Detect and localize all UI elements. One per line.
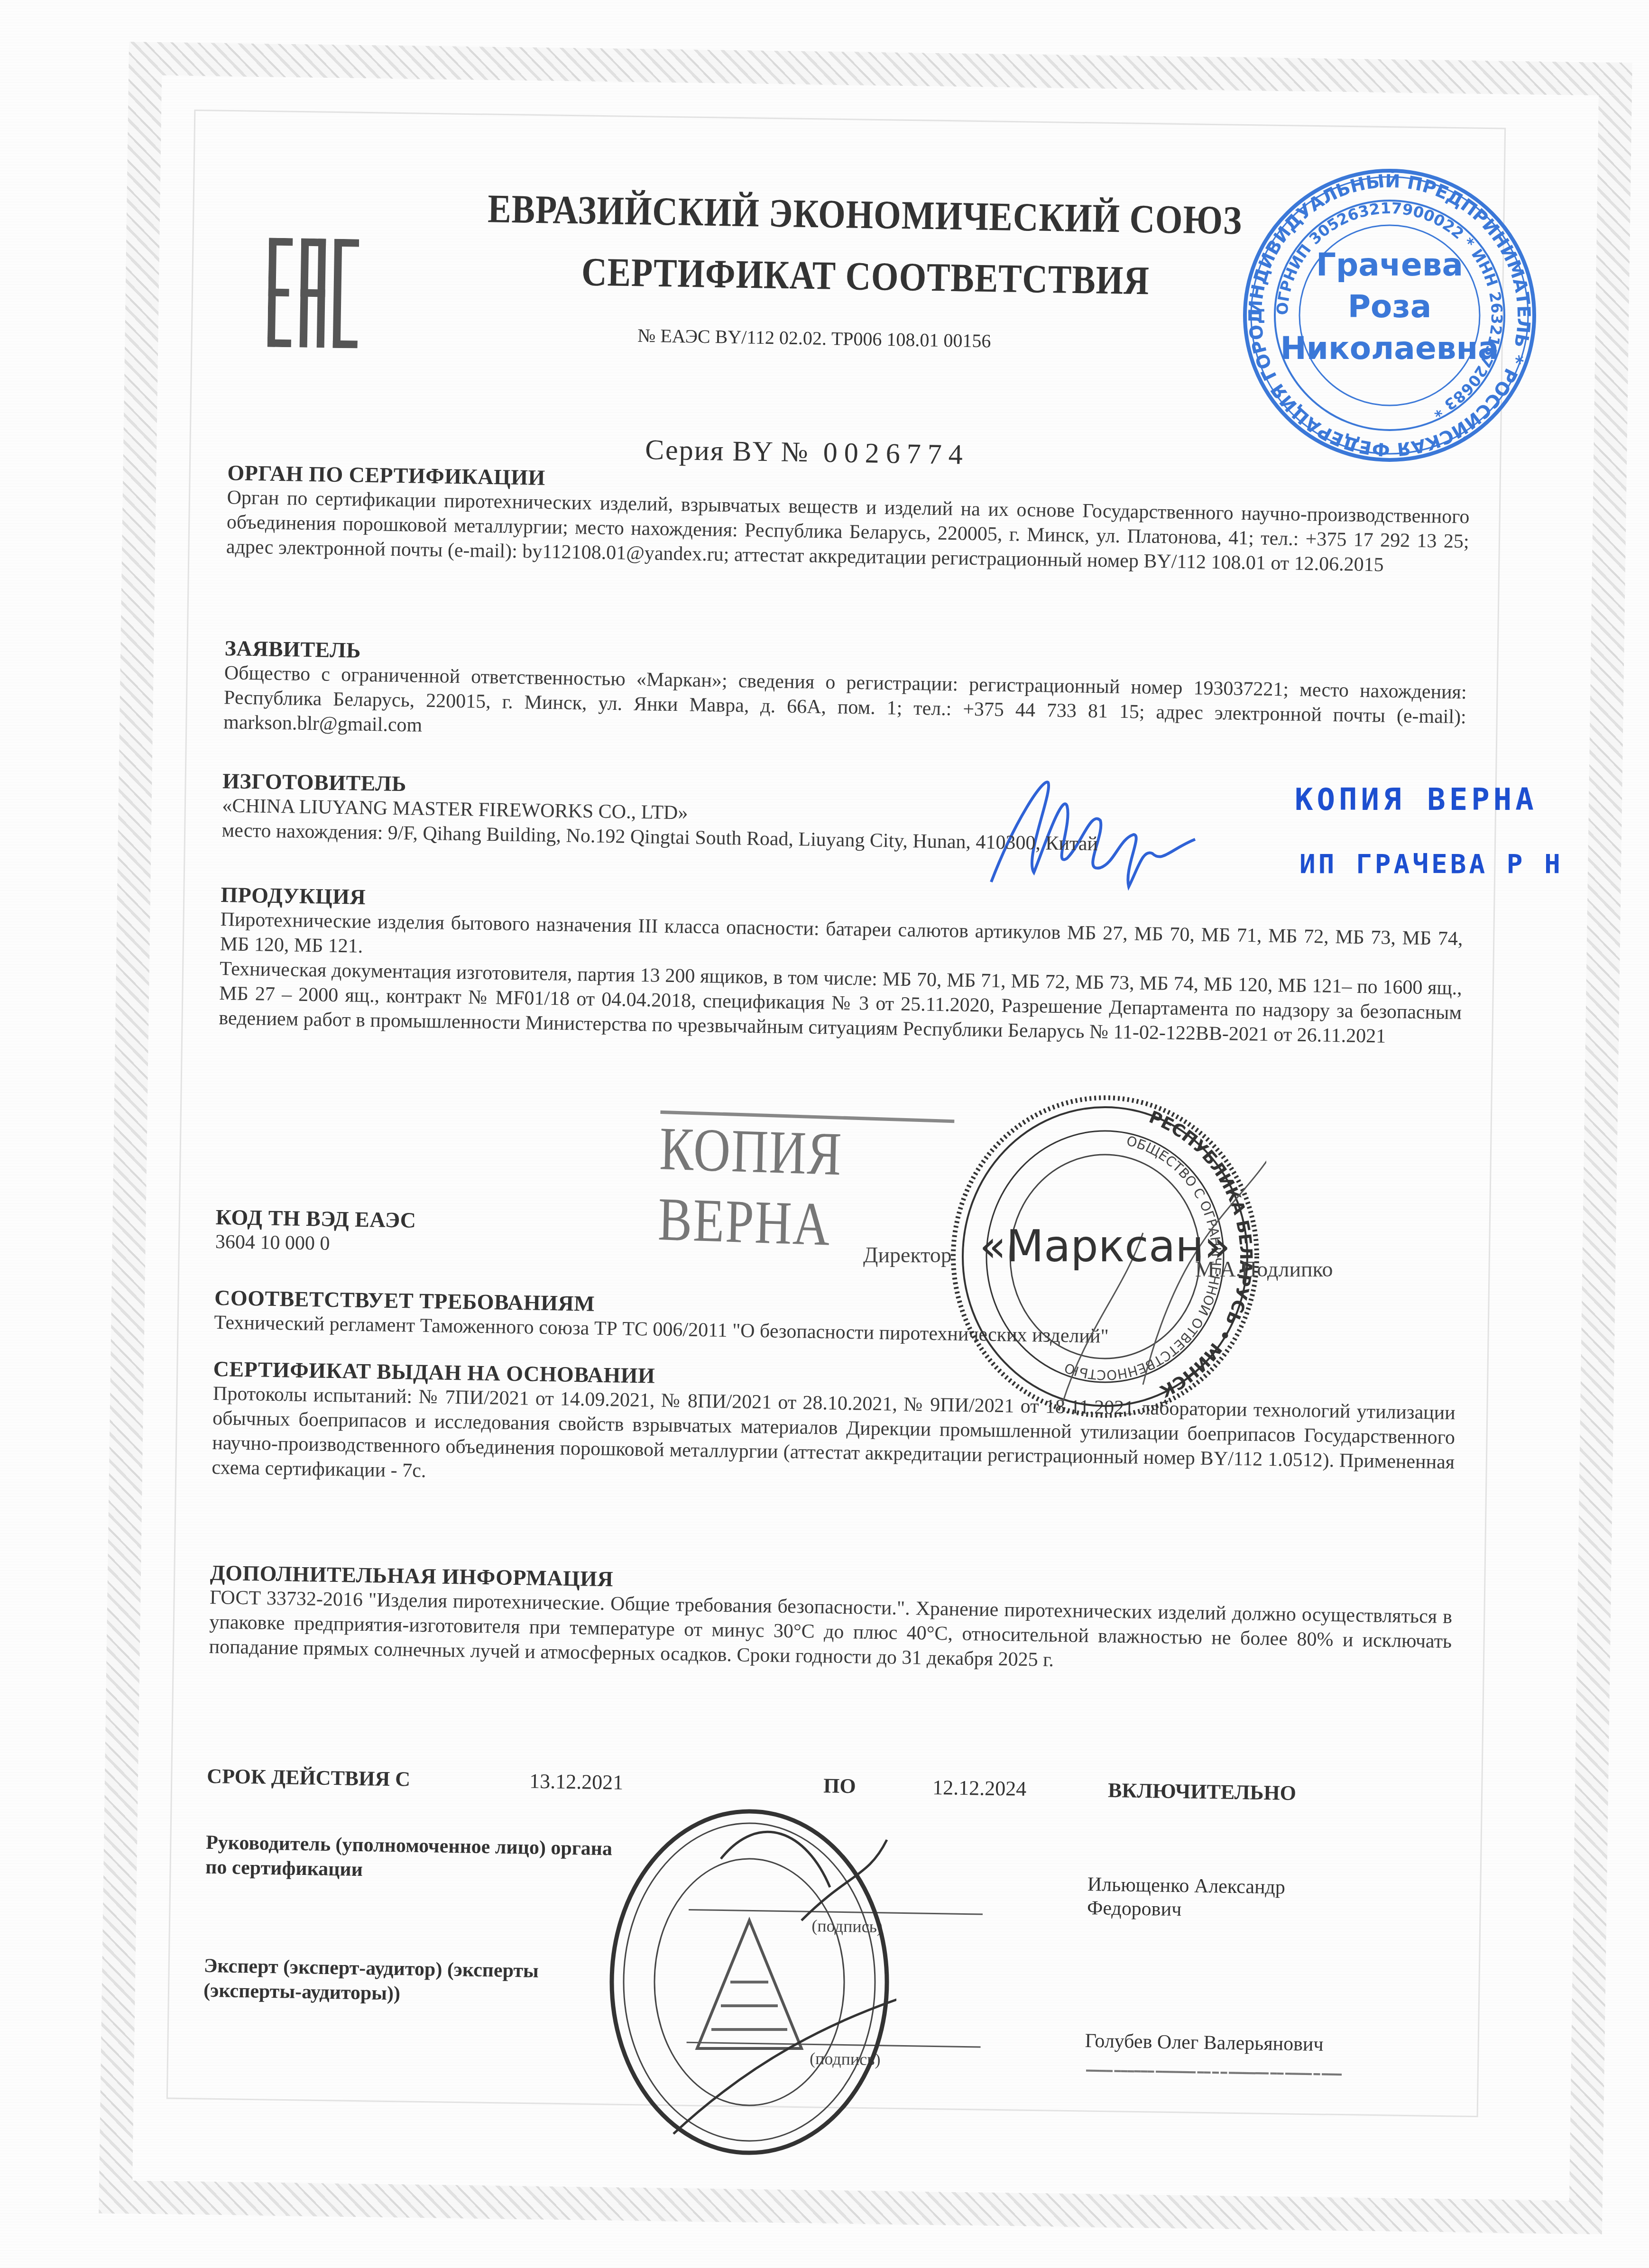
head-role: Руководитель (уполномоченное лицо) орган… — [205, 1830, 633, 1886]
section-applicant: ЗАЯВИТЕЛЬ Общество с ограниченной ответс… — [223, 635, 1467, 754]
head-name: Ильющенко Александр Федорович — [1087, 1873, 1335, 1924]
state-seal-icon — [602, 1802, 896, 2162]
section-issued-basis: СЕРТИФИКАТ ВЫДАН НА ОСНОВАНИИ Протоколы … — [212, 1356, 1456, 1499]
certificate-page: ИНДИВИДУАЛЬНЫЙ ПРЕДПРИНИМАТЕЛЬ * РОССИЙС… — [0, 0, 1649, 2268]
expert-role: Эксперт (эксперт-аудитор) (эксперты (экс… — [203, 1954, 565, 2009]
certificate-title: СЕРТИФИКАТ СООТВЕТСТВИЯ — [581, 249, 1150, 305]
eac-logo-icon — [267, 238, 359, 349]
series-number: Серия BY №0026774 — [645, 433, 969, 471]
ip-stamp-name: Грачева Роза Николаевна — [1238, 244, 1541, 369]
section-certification-body: ОРГАН ПО СЕРТИФИКАЦИИ Орган по сертифика… — [226, 460, 1470, 578]
valid-to: 12.12.2024 — [932, 1775, 1027, 1801]
section-product: ПРОДУКЦИЯ Пиротехнические изделия бытово… — [219, 882, 1464, 1050]
valid-from: 13.12.2021 — [529, 1769, 624, 1795]
ip-round-stamp: ИНДИВИДУАЛЬНЫЙ ПРЕДПРИНИМАТЕЛЬ * РОССИЙС… — [1238, 164, 1541, 467]
copy-certified-stamp-gray: КОПИЯ ВЕРНА — [658, 1111, 955, 1226]
state-seal-stamp — [602, 1802, 896, 2162]
expert-name: Голубев Олег Валерьянович — [1085, 2029, 1417, 2058]
section-additional-info: ДОПОЛНИТЕЛЬНАЯ ИНФОРМАЦИЯ ГОСТ 33732-201… — [209, 1560, 1453, 1679]
section-manufacturer: ИЗГОТОВИТЕЛЬ «CHINA LIUYANG MASTER FIREW… — [221, 768, 1124, 857]
